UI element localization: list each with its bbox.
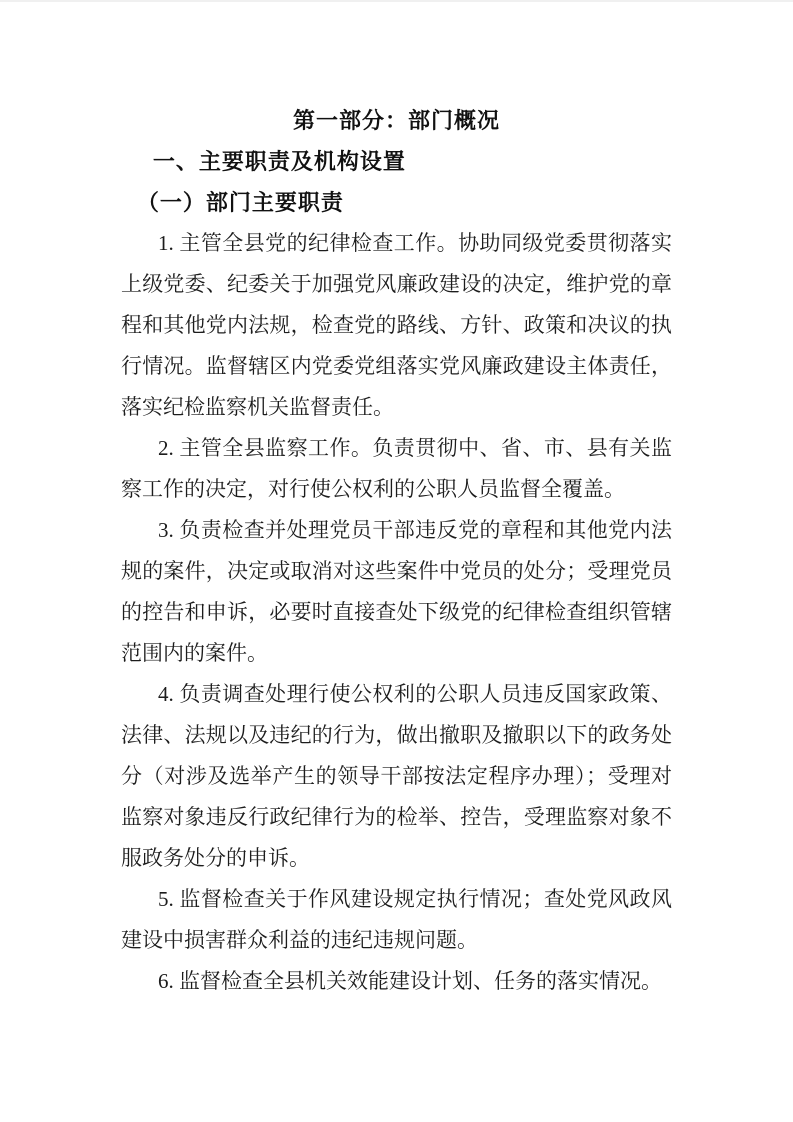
duty-paragraph-4: 4. 负责调查处理行使公权利的公职人员违反国家政策、法律、法规以及违纪的行为，做… [121,674,672,879]
document-page: 第一部分：部门概况 一、主要职责及机构设置 （一）部门主要职责 1. 主管全县党… [0,0,793,1122]
document-title: 第一部分：部门概况 [121,100,672,141]
subsection-heading-department-duties: （一）部门主要职责 [121,182,672,223]
duty-paragraph-1: 1. 主管全县党的纪律检查工作。协助同级党委贯彻落实上级党委、纪委关于加强党风廉… [121,223,672,428]
duty-paragraph-5: 5. 监督检查关于作风建设规定执行情况；查处党风政风建设中损害群众利益的违纪违规… [121,879,672,961]
section-heading-main-duties: 一、主要职责及机构设置 [121,141,672,182]
duty-paragraph-3: 3. 负责检查并处理党员干部违反党的章程和其他党内法规的案件，决定或取消对这些案… [121,510,672,674]
duty-paragraph-6: 6. 监督检查全县机关效能建设计划、任务的落实情况。 [121,961,672,1002]
duty-paragraph-2: 2. 主管全县监察工作。负责贯彻中、省、市、县有关监察工作的决定，对行使公权利的… [121,428,672,510]
paragraph-list: 1. 主管全县党的纪律检查工作。协助同级党委贯彻落实上级党委、纪委关于加强党风廉… [121,223,672,1002]
